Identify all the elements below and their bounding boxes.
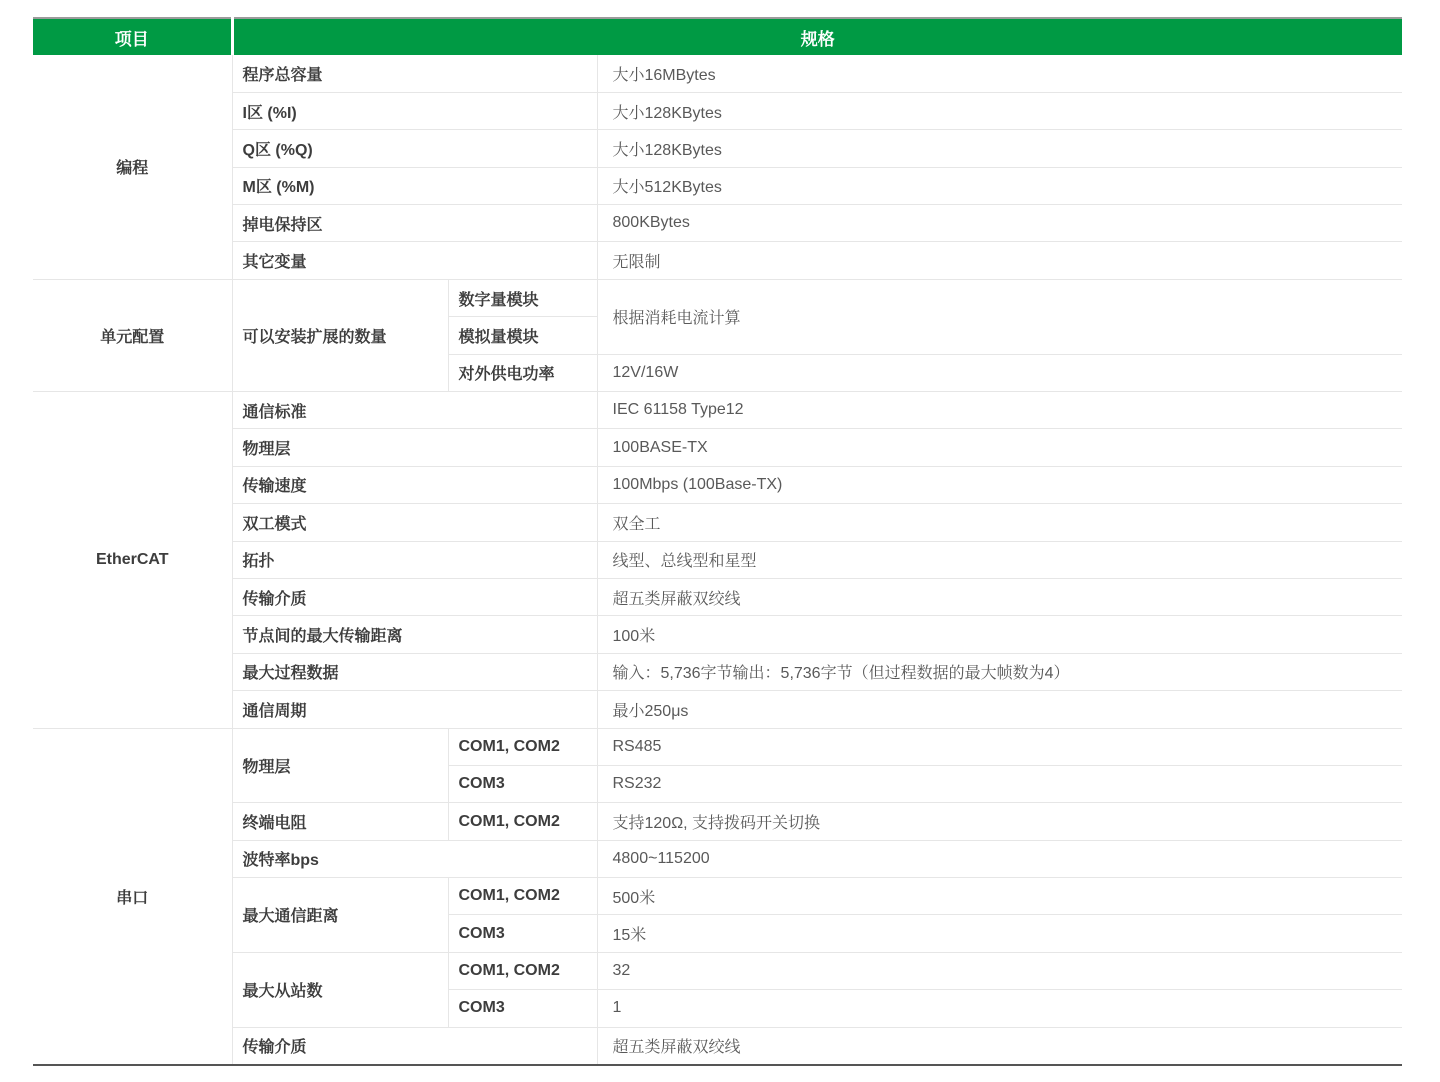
row-value: 支持120Ω, 支持拨码开关切换 [597, 803, 1402, 840]
row-value: 双全工 [597, 504, 1402, 541]
row-sublabel: 模拟量模块 [448, 317, 597, 354]
table-row: 掉电保持区 800KBytes [33, 205, 1402, 242]
header-item: 项目 [33, 18, 232, 55]
row-label: 节点间的最大传输距离 [232, 616, 597, 653]
table-row: 编程 程序总容量 大小16MBytes [33, 55, 1402, 92]
row-label: 传输介质 [232, 578, 597, 615]
row-label: 传输介质 [232, 1027, 597, 1064]
row-sublabel: COM1, COM2 [448, 803, 597, 840]
row-label: 通信周期 [232, 691, 597, 728]
row-label: M区 (%M) [232, 167, 597, 204]
row-sublabel: COM1, COM2 [448, 952, 597, 989]
row-value: 根据消耗电流计算 [597, 279, 1402, 354]
row-label: 可以安装扩展的数量 [232, 279, 448, 391]
row-label: 最大过程数据 [232, 653, 597, 690]
row-value: IEC 61158 Type12 [597, 392, 1402, 429]
table-row: 最大从站数 COM1, COM2 32 [33, 952, 1402, 989]
table-row: 波特率bps 4800~115200 [33, 840, 1402, 877]
table-row: 串口 物理层 COM1, COM2 RS485 [33, 728, 1402, 765]
table-row: I区 (%I) 大小128KBytes [33, 92, 1402, 129]
row-value: 500米 [597, 878, 1402, 915]
row-label: 波特率bps [232, 840, 597, 877]
row-value: 12V/16W [597, 354, 1402, 391]
row-value: 800KBytes [597, 205, 1402, 242]
table-row: M区 (%M) 大小512KBytes [33, 167, 1402, 204]
spec-table-container: 项目 规格 编程 程序总容量 大小16MBytes I区 (%I) 大小128K… [0, 0, 1440, 1066]
row-label: 最大通信距离 [232, 878, 448, 953]
row-value: 超五类屏蔽双绞线 [597, 1027, 1402, 1064]
row-value: 15米 [597, 915, 1402, 952]
table-row: 其它变量 无限制 [33, 242, 1402, 279]
row-value: 输入：5,736字节输出：5,736字节（但过程数据的最大帧数为4） [597, 653, 1402, 690]
row-value: 100Mbps (100Base-TX) [597, 466, 1402, 503]
table-row: EtherCAT 通信标准 IEC 61158 Type12 [33, 392, 1402, 429]
row-value: 大小128KBytes [597, 130, 1402, 167]
row-label: Q区 (%Q) [232, 130, 597, 167]
table-row: 终端电阻 COM1, COM2 支持120Ω, 支持拨码开关切换 [33, 803, 1402, 840]
spec-table: 项目 规格 编程 程序总容量 大小16MBytes I区 (%I) 大小128K… [33, 17, 1402, 1066]
row-value: 超五类屏蔽双绞线 [597, 578, 1402, 615]
row-value: 最小250μs [597, 691, 1402, 728]
group-programming: 编程 [33, 55, 232, 279]
row-value: 线型、总线型和星型 [597, 541, 1402, 578]
group-unit-config: 单元配置 [33, 279, 232, 391]
row-sublabel: COM1, COM2 [448, 728, 597, 765]
table-row: 通信周期 最小250μs [33, 691, 1402, 728]
row-label: 最大从站数 [232, 952, 448, 1027]
row-sublabel: COM3 [448, 765, 597, 802]
table-row: 双工模式 双全工 [33, 504, 1402, 541]
row-sublabel: 数字量模块 [448, 279, 597, 316]
row-sublabel: COM3 [448, 990, 597, 1027]
row-value: RS232 [597, 765, 1402, 802]
row-label: 传输速度 [232, 466, 597, 503]
row-value: RS485 [597, 728, 1402, 765]
row-value: 大小16MBytes [597, 55, 1402, 92]
row-label: 通信标准 [232, 392, 597, 429]
row-label: 物理层 [232, 728, 448, 803]
row-label: 终端电阻 [232, 803, 448, 840]
row-value: 无限制 [597, 242, 1402, 279]
table-row: 单元配置 可以安装扩展的数量 数字量模块 根据消耗电流计算 [33, 279, 1402, 316]
row-label: 物理层 [232, 429, 597, 466]
table-row: 传输介质 超五类屏蔽双绞线 [33, 578, 1402, 615]
row-label: 拓扑 [232, 541, 597, 578]
row-value: 1 [597, 990, 1402, 1027]
group-serial-port: 串口 [33, 728, 232, 1065]
table-row: 传输速度 100Mbps (100Base-TX) [33, 466, 1402, 503]
group-ethercat: EtherCAT [33, 392, 232, 729]
row-label: I区 (%I) [232, 92, 597, 129]
table-row: 物理层 100BASE-TX [33, 429, 1402, 466]
row-value: 100BASE-TX [597, 429, 1402, 466]
row-value: 大小512KBytes [597, 167, 1402, 204]
table-row: 节点间的最大传输距离 100米 [33, 616, 1402, 653]
table-row: 最大通信距离 COM1, COM2 500米 [33, 878, 1402, 915]
table-header-row: 项目 规格 [33, 18, 1402, 55]
row-label: 程序总容量 [232, 55, 597, 92]
row-sublabel: COM3 [448, 915, 597, 952]
row-label: 其它变量 [232, 242, 597, 279]
row-value: 32 [597, 952, 1402, 989]
row-value: 100米 [597, 616, 1402, 653]
table-row: 传输介质 超五类屏蔽双绞线 [33, 1027, 1402, 1064]
table-row: 最大过程数据 输入：5,736字节输出：5,736字节（但过程数据的最大帧数为4… [33, 653, 1402, 690]
row-label: 双工模式 [232, 504, 597, 541]
table-row: 拓扑 线型、总线型和星型 [33, 541, 1402, 578]
row-sublabel: COM1, COM2 [448, 878, 597, 915]
row-label: 掉电保持区 [232, 205, 597, 242]
row-value: 4800~115200 [597, 840, 1402, 877]
header-spec: 规格 [232, 18, 1402, 55]
row-value: 大小128KBytes [597, 92, 1402, 129]
row-sublabel: 对外供电功率 [448, 354, 597, 391]
table-row: Q区 (%Q) 大小128KBytes [33, 130, 1402, 167]
